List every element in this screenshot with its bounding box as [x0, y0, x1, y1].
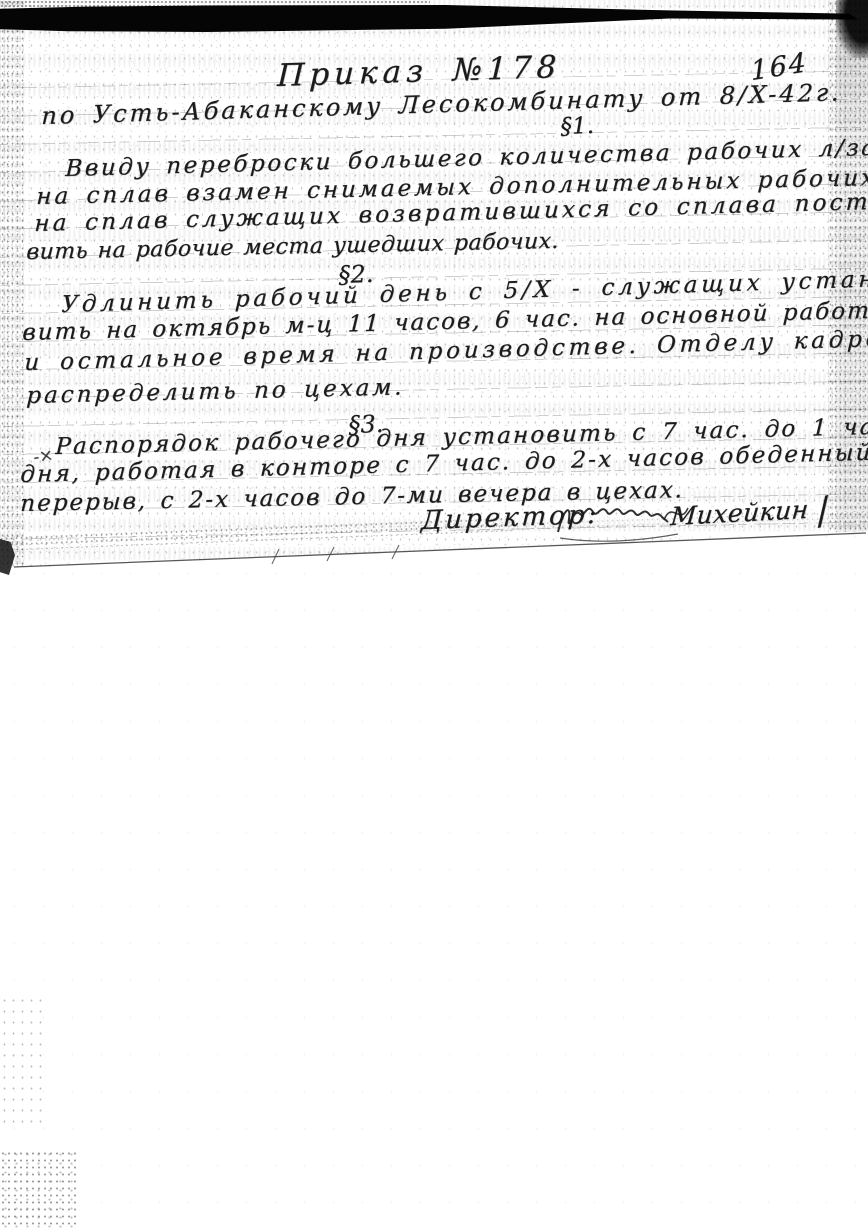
- scanned-order-page: Приказ №178 164 по Усть-Абаканскому Лесо…: [0, 0, 868, 1228]
- left-margin-specks-upper: [0, 995, 42, 1125]
- scanner-band-fringe: [0, 0, 430, 11]
- scanner-corner-artifact: [836, 0, 868, 58]
- section-1-marker: §1.: [560, 113, 594, 140]
- left-margin-specks-lower: [0, 1150, 80, 1228]
